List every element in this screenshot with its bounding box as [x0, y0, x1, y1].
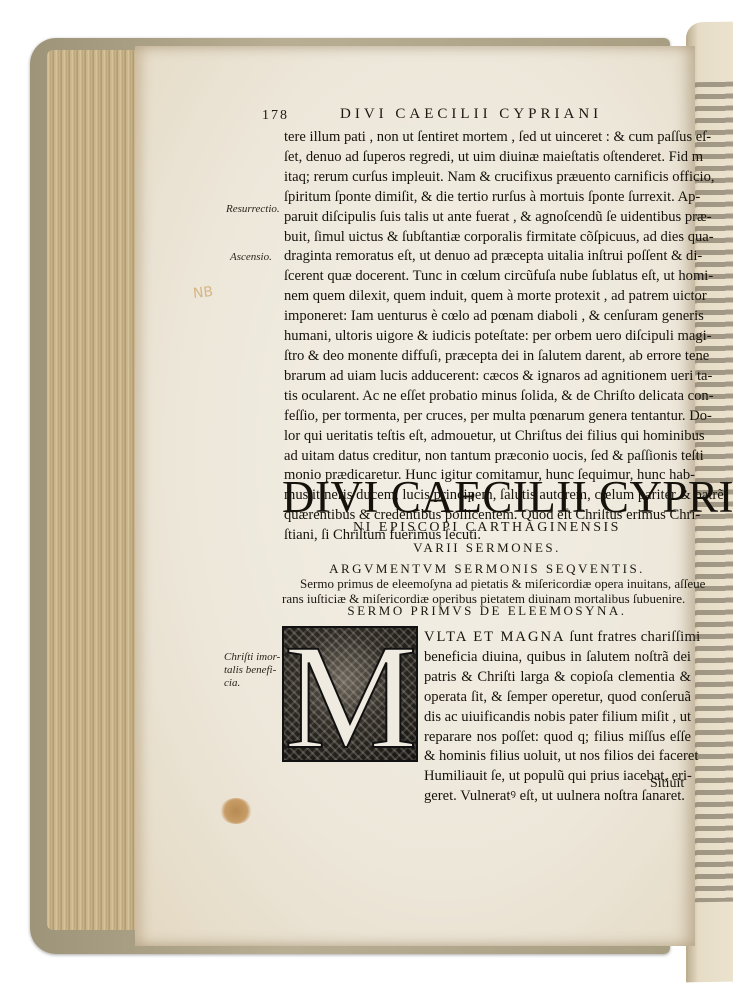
argument-text: Sermo primus de eleemoſyna ad pietatis &…	[282, 576, 692, 606]
text-line: nem quem dilexit, quem induit, quem à mo…	[284, 287, 692, 307]
text-line: buit, ſimul uictus & ſubſtantiæ corporal…	[284, 228, 692, 248]
text-line: operata ſit, & ſemper operetur, quod con…	[424, 688, 691, 708]
argument-heading: ARGVMENTVM SERMONIS SEQVENTIS.	[282, 561, 692, 577]
text-line: paruit diſcipulis ſuis talis ut ante fue…	[284, 208, 692, 228]
page-edges	[47, 50, 137, 930]
text-line: ſcerent quæ docerent. Tunc in cœlum circ…	[284, 267, 692, 287]
sermon-lead: VLTA ET MAGNA	[424, 629, 566, 645]
text-line: ſpiritum ſponte dimiſit, & die tertio ru…	[284, 188, 692, 208]
text-line: humani, ultoris uigore & iudicis poteſta…	[284, 327, 692, 347]
drop-cap-letter: M	[284, 626, 416, 762]
text-line: beneficia diuina, quibus in ſalutem noſt…	[424, 648, 691, 668]
text-line: ſet, denuo ad ſuperos regredi, ut uim di…	[284, 148, 692, 168]
margin-note-ascensio: Ascensio.	[230, 251, 272, 264]
folio-number: 178	[262, 108, 289, 124]
text-line: feſſio, per tormenta, per cruces, per mu…	[284, 407, 692, 427]
text-line: lor qui ueritatis teſtis eſt, admouetur,…	[284, 427, 692, 447]
running-head: 178 DIVI CAECILII CYPRIANI	[262, 106, 692, 126]
handwritten-mark: NB	[192, 284, 214, 302]
text-line: ad uitam datus creditur, non tantum præc…	[284, 447, 692, 467]
text-line: patris & Chriſti larga & copioſa clement…	[424, 668, 691, 688]
text-line: dis ac uiuificandis nobis pater filium m…	[424, 708, 691, 728]
sermon-heading: SERMO PRIMVS DE ELEEMOSYNA.	[282, 603, 692, 619]
section-title: DIVI CAECILII CYPRIA	[282, 474, 692, 520]
text-line: ſtro & deo monente diffuſi, præcepta dei…	[284, 347, 692, 367]
text-line: imponeret: Iam uenturus è cœlo ad pœnam …	[284, 307, 692, 327]
text-line: tere illum pati , non ut ſentiret mortem…	[284, 128, 692, 148]
section-subtitle: NI EPISCOPI CARTHAGINENSIS	[282, 520, 692, 536]
text-line: draginta remoratus eſt, ut denuo ad præc…	[284, 247, 692, 267]
section-subtitle-2: VARII SERMONES.	[282, 540, 692, 556]
catchword: Sitiuit	[650, 776, 684, 792]
text-line: reparare nos poſſet: quod q; filius miſſ…	[424, 728, 691, 748]
running-head-title: DIVI CAECILII CYPRIANI	[340, 106, 602, 123]
text-line: itaq; rerum curſus impleuit. Nam & cruci…	[284, 168, 692, 188]
woodcut-initial: M	[282, 626, 418, 762]
text-line: brarum ad uiam lucis adducerent: cæcos &…	[284, 367, 692, 387]
foxing-stain	[220, 798, 252, 824]
argument-line: Sermo primus de eleemoſyna ad pietatis &…	[282, 576, 692, 591]
text-line: & hominis filius uoluit, ut nos filios d…	[424, 747, 691, 767]
margin-note-resurrectio: Resurrectio.	[226, 203, 280, 216]
margin-note-christi: Chriſti imor- talis benefi- cia.	[224, 651, 280, 690]
text-line: tis ocularent. Ac ne eſſet probatio minu…	[284, 387, 692, 407]
text-line: VLTA ET MAGNA ſunt fratres chariſſimi	[424, 628, 691, 648]
